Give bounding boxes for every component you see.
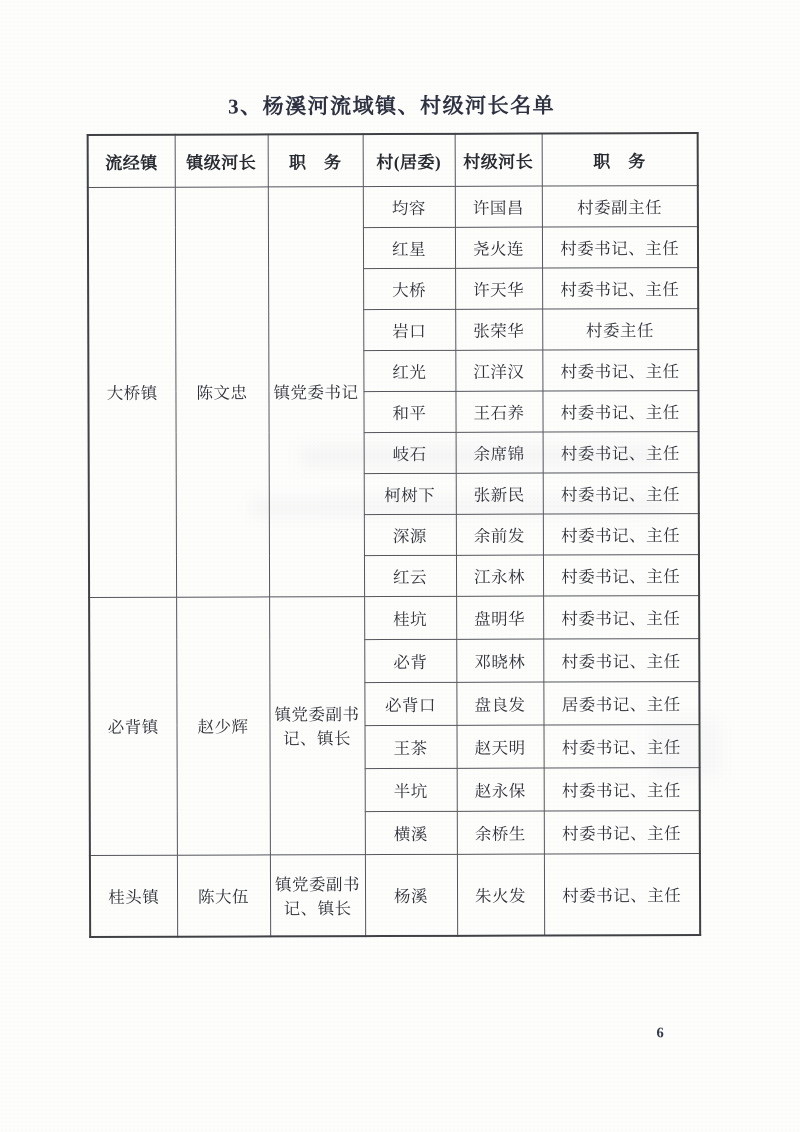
- village-chief-cell: 余前发: [456, 514, 543, 555]
- village-position-cell: 村委书记、主任: [542, 267, 698, 308]
- column-header-4: 村级河长: [455, 134, 542, 186]
- village-position-cell: 村委书记、主任: [542, 349, 698, 390]
- village-cell: 均容: [363, 186, 455, 227]
- village-cell: 岩口: [363, 309, 455, 350]
- village-chief-cell: 尧火连: [455, 227, 542, 268]
- village-cell: 红光: [363, 350, 455, 391]
- village-position-cell: 村委书记、主任: [543, 638, 699, 681]
- village-position-cell: 居委书记、主任: [543, 681, 699, 724]
- village-position-cell: 村委书记、主任: [543, 431, 699, 472]
- column-header-0: 流经镇: [88, 135, 175, 187]
- village-chief-cell: 王石养: [455, 391, 542, 432]
- village-position-cell: 村委书记、主任: [543, 595, 699, 638]
- village-cell: 必背: [364, 639, 456, 682]
- page-number: 6: [656, 1025, 663, 1042]
- village-chief-cell: 邓晓林: [456, 639, 543, 682]
- river-chief-table: 流经镇镇级河长职 务村(居委)村级河长职 务 大桥镇陈文忠镇党委书记均容许国昌村…: [87, 132, 702, 938]
- village-position-cell: 村委书记、主任: [543, 724, 699, 767]
- village-cell: 岐石: [364, 432, 456, 473]
- village-position-cell: 村委书记、主任: [542, 226, 698, 267]
- village-position-cell: 村委主任: [542, 308, 698, 349]
- town-chief-cell: 陈大伍: [177, 854, 270, 936]
- village-position-cell: 村委书记、主任: [543, 554, 699, 595]
- column-header-3: 村(居委): [363, 134, 455, 186]
- village-chief-cell: 盘明华: [456, 596, 543, 639]
- village-cell: 王茶: [364, 725, 456, 768]
- village-position-cell: 村委书记、主任: [544, 810, 700, 853]
- village-cell: 柯树下: [364, 473, 456, 514]
- village-chief-cell: 许天华: [455, 268, 542, 309]
- village-position-cell: 村委副主任: [542, 185, 698, 226]
- column-header-5: 职 务: [542, 133, 698, 185]
- header-row: 流经镇镇级河长职 务村(居委)村级河长职 务: [88, 133, 698, 187]
- village-position-cell: 村委书记、主任: [544, 853, 700, 935]
- town-cell: 桂头镇: [90, 855, 177, 937]
- village-chief-cell: 赵永保: [457, 768, 544, 811]
- village-chief-cell: 赵天明: [456, 725, 543, 768]
- village-cell: 必背口: [364, 682, 456, 725]
- table-row: 大桥镇陈文忠镇党委书记均容许国昌村委副主任: [88, 185, 698, 228]
- village-chief-cell: 余桥生: [457, 811, 544, 854]
- town-cell: 必背镇: [89, 597, 177, 855]
- village-chief-cell: 张荣华: [455, 309, 542, 350]
- village-position-cell: 村委书记、主任: [544, 767, 700, 810]
- village-position-cell: 村委书记、主任: [542, 390, 698, 431]
- village-cell: 红星: [363, 227, 455, 268]
- column-header-1: 镇级河长: [175, 134, 268, 186]
- table-row: 必背镇赵少辉镇党委副书记、镇长桂坑盘明华村委书记、主任: [89, 595, 699, 640]
- page-title: 3、杨溪河流域镇、村级河长名单: [0, 89, 785, 121]
- village-chief-cell: 朱火发: [457, 854, 544, 936]
- village-cell: 和平: [363, 391, 455, 432]
- village-cell: 红云: [364, 555, 456, 596]
- village-cell: 桂坑: [364, 596, 456, 639]
- village-cell: 横溪: [365, 811, 457, 854]
- village-cell: 半坑: [365, 768, 457, 811]
- table-row: 桂头镇陈大伍镇党委副书记、镇长杨溪朱火发村委书记、主任: [90, 853, 700, 937]
- village-position-cell: 村委书记、主任: [543, 513, 699, 554]
- scanned-page: 3、杨溪河流域镇、村级河长名单 流经镇镇级河长职 务村(居委)村级河长职 务 大…: [0, 0, 800, 1132]
- town-chief-cell: 赵少辉: [176, 596, 270, 854]
- village-chief-cell: 许国昌: [455, 186, 542, 227]
- column-header-2: 职 务: [268, 134, 363, 186]
- town-position-cell: 镇党委副书记、镇长: [270, 854, 365, 936]
- village-chief-cell: 江洋汉: [455, 350, 542, 391]
- town-cell: 大桥镇: [88, 187, 176, 597]
- river-chief-table-body: 大桥镇陈文忠镇党委书记均容许国昌村委副主任红星尧火连村委书记、主任大桥许天华村委…: [88, 185, 700, 937]
- village-cell: 大桥: [363, 268, 455, 309]
- village-position-cell: 村委书记、主任: [543, 472, 699, 513]
- town-position-cell: 镇党委副书记、镇长: [269, 596, 365, 854]
- village-cell: 深源: [364, 514, 456, 555]
- village-cell: 杨溪: [365, 854, 457, 936]
- village-chief-cell: 江永林: [456, 555, 543, 596]
- table-header: 流经镇镇级河长职 务村(居委)村级河长职 务: [88, 133, 698, 187]
- village-chief-cell: 张新民: [456, 473, 543, 514]
- town-position-cell: 镇党委书记: [268, 186, 364, 596]
- village-chief-cell: 盘良发: [456, 682, 543, 725]
- town-chief-cell: 陈文忠: [175, 186, 269, 596]
- village-chief-cell: 余席锦: [456, 432, 543, 473]
